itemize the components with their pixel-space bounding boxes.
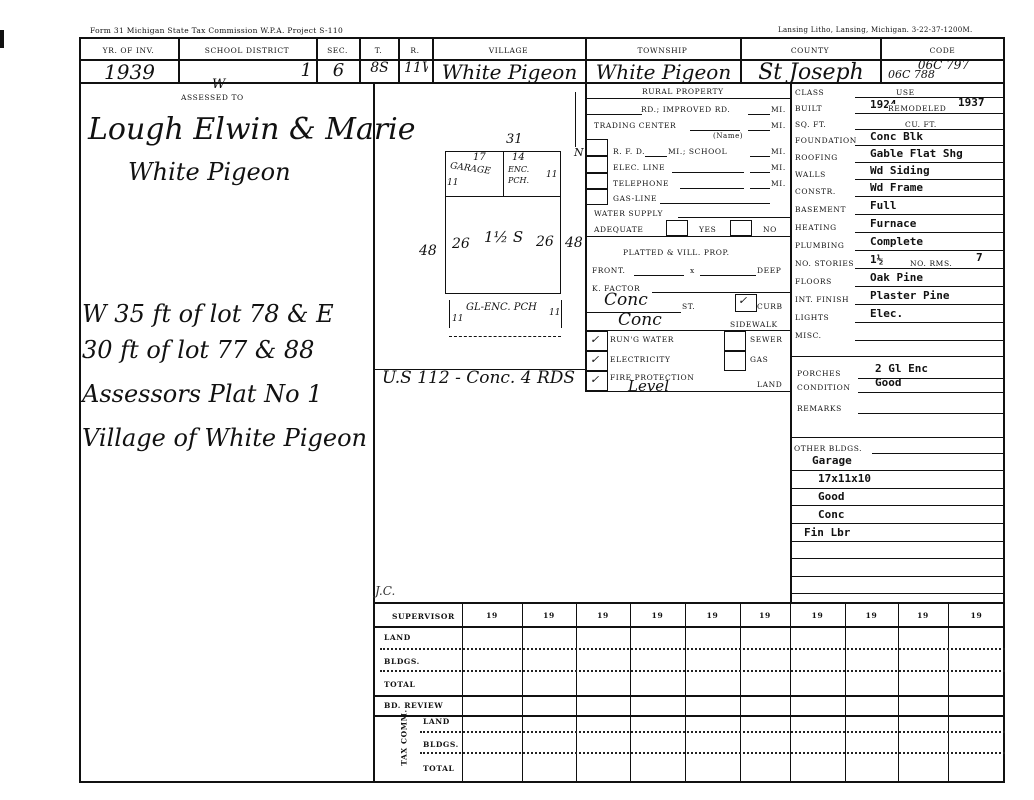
gas-checkbox[interactable]: [724, 351, 746, 371]
house-right-dim: 26: [536, 234, 554, 250]
edge-mark: [0, 30, 4, 48]
land-value: Level: [628, 377, 669, 395]
sidewalk-label: SIDEWALK: [730, 320, 778, 329]
running-water-label: RUN'G WATER: [610, 335, 674, 344]
int-finish-label: INT. FINISH: [795, 295, 849, 304]
header-col-value: 1: [184, 60, 312, 81]
bd-review-label: BD. REVIEW: [384, 701, 443, 710]
legal-line-3: Assessors Plat No 1: [82, 380, 322, 408]
lights-value: Elec.: [870, 307, 903, 320]
remodeled-value: 1937: [958, 96, 985, 109]
tc-land-label: LAND: [423, 717, 450, 726]
other-bldgs-label: OTHER BLDGS.: [794, 444, 862, 453]
porch-label: ENC. PCH.: [508, 164, 538, 186]
mi-label: MI.: [771, 121, 786, 130]
header-col-label: COUNTY: [740, 46, 880, 55]
other-bldg-line: Garage: [812, 454, 852, 467]
curb-check-mark: ✓: [738, 294, 747, 307]
year-header: 19: [898, 611, 948, 620]
tc-bldgs-label: BLDGS.: [423, 740, 459, 749]
mi-label: MI.: [771, 147, 786, 156]
platted-title: PLATTED & VILL. PROP.: [623, 248, 730, 257]
fire-protection-check: ✓: [590, 373, 599, 386]
electricity-label: ELECTRICITY: [610, 355, 671, 364]
supervisor-label: SUPERVISOR: [392, 612, 455, 621]
water-supply-label: WATER SUPPLY: [594, 209, 663, 218]
condition-label: CONDITION: [797, 383, 851, 392]
deep-label: DEEP: [757, 266, 781, 275]
elec-line-label: ELEC. LINE: [613, 163, 665, 172]
basement-value: Full: [870, 199, 897, 212]
header-col-label: YR. OF INV.: [79, 46, 178, 55]
header-col-value: 1939: [85, 60, 174, 84]
porch-width: 14: [512, 152, 525, 163]
built-label: BUILT: [795, 104, 822, 113]
stories-label: NO. STORIES: [795, 259, 854, 268]
street-value: Conc: [604, 290, 648, 310]
walls-label: WALLS: [795, 170, 826, 179]
porches-value: 2 Gl Enc: [875, 362, 928, 375]
rooms-label: NO. RMS.: [910, 259, 952, 268]
yes-label: YES: [699, 225, 716, 234]
floors-value: Oak Pine: [870, 271, 923, 284]
constr-value: Wd Frame: [870, 181, 923, 194]
year-header: 19: [845, 611, 898, 620]
year-header: 19: [790, 611, 845, 620]
porch-depth: 11: [546, 170, 557, 180]
header-col-value: 11W: [404, 60, 428, 76]
roofing-value: Gable Flat Shg: [870, 147, 963, 160]
mi-label: MI.: [771, 105, 786, 114]
telephone-checkbox[interactable]: [586, 173, 608, 189]
rfd-checkbox[interactable]: [586, 139, 608, 156]
owner-place: White Pigeon: [128, 158, 291, 186]
heating-label: HEATING: [795, 223, 837, 232]
heating-value: Furnace: [870, 217, 916, 230]
year-header: 19: [576, 611, 630, 620]
header-col-label: SCHOOL DISTRICT: [178, 46, 316, 55]
telephone-label: TELEPHONE: [613, 179, 669, 188]
elec-line-checkbox[interactable]: [586, 156, 608, 173]
year-header: 19: [948, 611, 1005, 620]
sqft-label: SQ. FT.: [795, 120, 826, 129]
bldgs-label: BLDGS.: [384, 657, 420, 666]
sewer-label: SEWER: [750, 335, 782, 344]
header-col-label: TOWNSHIP: [585, 46, 740, 55]
lights-label: LIGHTS: [795, 313, 829, 322]
year-header: 19: [740, 611, 790, 620]
gas-line-label: GAS-LINE: [613, 194, 657, 203]
curb-label: CURB: [757, 302, 783, 311]
mi-school-label: MI.; SCHOOL: [668, 147, 727, 156]
rear-porch-label: GL-ENC. PCH: [466, 302, 537, 313]
name-hint: (Name): [713, 132, 743, 140]
basement-label: BASEMENT: [795, 205, 846, 214]
improved-road-label: RD.; IMPROVED RD.: [641, 105, 730, 114]
house-stories: 1½ S: [484, 228, 523, 246]
rear-depth-left: 11: [452, 314, 463, 324]
header-col-label: CODE: [880, 46, 1005, 55]
lot-right-dim: 48: [565, 235, 583, 251]
no-label: NO: [763, 225, 777, 234]
margin-note: J.C.: [375, 584, 395, 598]
header-col-value: 8S: [365, 60, 394, 76]
legal-line-4: Village of White Pigeon: [82, 424, 367, 452]
header-col-value: White Pigeon: [438, 60, 581, 84]
year-header: 19: [522, 611, 576, 620]
class-label: CLASS: [795, 88, 824, 97]
stories-value: 1½: [870, 253, 883, 266]
use-label: USE: [896, 88, 915, 97]
header-col-value: 6: [322, 60, 355, 81]
misc-label: MISC.: [795, 331, 822, 340]
roofing-label: ROOFING: [795, 153, 838, 162]
constr-label: CONSTR.: [795, 187, 836, 196]
year-header: 19: [630, 611, 685, 620]
mi-label: MI.: [771, 179, 786, 188]
tc-total-label: TOTAL: [423, 764, 454, 773]
road-note: U.S 112 - Conc. 4 RDS: [382, 368, 575, 388]
sketch-top-dim: 31: [506, 132, 523, 147]
owner-name: Lough Elwin & Marie: [88, 112, 416, 147]
form-header-left: Form 31 Michigan State Tax Commission W.…: [90, 26, 343, 35]
cuft-label: CU. FT.: [905, 120, 937, 129]
assessed-to-mark: W: [212, 77, 225, 92]
trading-center-label: TRADING CENTER: [594, 121, 676, 130]
x-label: x: [690, 266, 695, 275]
mi-label: MI.: [771, 163, 786, 172]
front-label: FRONT.: [592, 266, 625, 275]
condition-value: Good: [875, 376, 902, 389]
remodeled-label: REMODELED: [888, 104, 946, 113]
adequate-no-checkbox[interactable]: [730, 220, 752, 236]
other-bldg-line: Fin Lbr: [804, 526, 850, 539]
legal-line-1: W 35 ft of lot 78 & E: [82, 300, 334, 328]
gas-line-checkbox[interactable]: [586, 189, 608, 205]
house-left-dim: 26: [452, 236, 470, 252]
header-col-value: White Pigeon: [591, 60, 736, 84]
foundation-value: Conc Blk: [870, 130, 923, 143]
garage-depth: 11: [447, 178, 458, 188]
int-finish-value: Plaster Pine: [870, 289, 949, 302]
rfd-label: R. F. D.: [613, 147, 645, 156]
electricity-check: ✓: [590, 353, 599, 366]
header-col-label: R.: [398, 46, 432, 55]
form-header-right: Lansing Litho, Lansing, Michigan. 3-22-3…: [778, 26, 973, 34]
adequate-yes-checkbox[interactable]: [666, 220, 688, 236]
sidewalk-value: Conc: [618, 310, 662, 330]
legal-line-2: 30 ft of lot 77 & 88: [82, 336, 314, 364]
adequate-label: ADEQUATE: [594, 225, 643, 234]
sewer-checkbox[interactable]: [724, 331, 746, 351]
running-water-check: ✓: [590, 333, 599, 346]
remarks-label: REMARKS: [797, 404, 842, 413]
plumbing-label: PLUMBING: [795, 241, 844, 250]
floors-label: FLOORS: [795, 277, 832, 286]
other-bldg-line: Conc: [818, 508, 845, 521]
rear-depth-right: 11: [549, 308, 560, 318]
land-label: LAND: [384, 633, 411, 642]
header-col-label: T.: [359, 46, 398, 55]
header-col-label: VILLAGE: [432, 46, 585, 55]
total-label: TOTAL: [384, 680, 415, 689]
code-extra: 06C 788: [888, 68, 935, 81]
gas-label: GAS: [750, 355, 768, 364]
north-arrow: N: [574, 146, 584, 159]
other-bldg-line: Good: [818, 490, 845, 503]
lot-left-dim: 48: [419, 243, 437, 259]
foundation-label: FOUNDATION: [795, 136, 857, 145]
header-col-value: St Joseph: [746, 60, 876, 85]
rooms-value: 7: [976, 251, 983, 264]
rural-property-title: RURAL PROPERTY: [642, 87, 724, 96]
garage-width: 17: [473, 152, 486, 163]
tax-comm-label: TAX COMM.: [400, 708, 409, 768]
other-bldg-line: 17x11x10: [818, 472, 871, 485]
walls-value: Wd Siding: [870, 164, 930, 177]
porches-label: PORCHES: [797, 369, 841, 378]
header-col-label: SEC.: [316, 46, 359, 55]
year-header: 19: [685, 611, 740, 620]
plumbing-value: Complete: [870, 235, 923, 248]
assessed-to-label: ASSESSED TO: [181, 93, 244, 102]
land-label: LAND: [757, 380, 782, 389]
year-header: 19: [462, 611, 522, 620]
